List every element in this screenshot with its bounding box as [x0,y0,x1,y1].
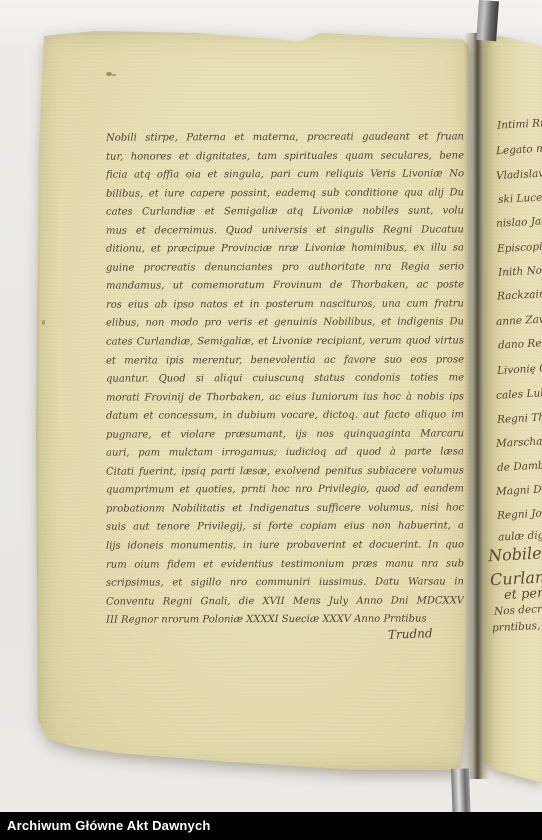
caption-label: Archiwum Główne Akt Dawnych [0,812,542,839]
book-clamp-top [476,0,499,41]
manuscript-page-wrap: Nobili stirpe, Paterna et materna, procr… [36,30,472,774]
ink-blot [106,72,112,76]
manuscript-line: guine procreatis denunciantes pro author… [106,258,464,278]
manuscript-line: ditionu, et præcipue Provinciæ nræ Livon… [106,240,464,260]
manuscript-line: Nobili stirpe, Paterna et materna, procr… [106,129,464,148]
manuscript-line: scripsimus, et sigillo nro communiri ius… [106,574,464,594]
next-page-line: Nobilem F [488,542,542,565]
manuscript-line: cates Curlandiæ et Semigaliæ atq Livoniæ… [106,203,464,223]
manuscript-line: probationm Nobilitatis et Indigenatus su… [106,499,464,519]
manuscript-text-block: Nobili stirpe, Paterna et materna, procr… [106,129,464,630]
manuscript-line: morati Frovinij de Thorbaken, ac eius Iu… [106,388,464,408]
caption-bar: Archiwum Główne Akt Dawnych [0,812,542,840]
manuscript-line: auri, pam mulctam irrogamus; iudicioq ad… [106,444,464,464]
manuscript-signature: Trudnd [388,626,433,642]
next-page-line: Nos decreto [494,602,542,617]
manuscript-line: mus et decernimus. Quod universis et sin… [106,221,464,241]
manuscript-line: rum oium fidem et evidentius testimonium… [106,555,464,575]
next-page-line: et per [504,586,542,603]
ink-speck [42,320,45,325]
next-page-line: Regni Joanne [497,506,542,522]
manuscript-line: tur, honores et dignitates, tam spiritua… [106,147,464,167]
manuscript-line: ficia atq offia oia et singula, pari cum… [106,165,464,185]
next-page-line: Rackzainski [497,287,542,302]
manuscript-line: elibus, non modo pro veris et genuinis N… [106,314,464,334]
next-page-line: nislao Jacobo [496,214,542,230]
manuscript-line: et merita ipis merentur, benevolentia ac… [106,351,464,371]
manuscript-line: datum et concessum, in dubium vocare, di… [106,407,464,427]
archive-photo: { "caption_bar": { "label": "Archiwum Gł… [0,0,542,840]
manuscript-line: Conventu Regni Gnali, die XVII Mens July… [106,592,464,612]
next-page-line: aulæ dignis [498,528,542,543]
manuscript-line: quantur. Quod si aliqui cuiuscunq status… [106,369,464,389]
manuscript-line: ros eius ab ipso natos et in posterum na… [106,295,464,315]
manuscript-line: Citati fuerint, ipsiq parti læsæ, exolve… [106,462,464,482]
next-page-line: dano Regni [498,336,542,351]
next-page-wrap: Intimi Rndis Legato nato, Pri Vladislavi… [482,34,542,786]
manuscript-line: lijs idoneis monumentis, in iure probave… [106,536,464,556]
manuscript-line: mandamus, ut comemoratum Frovinum de Tho… [106,277,464,297]
next-page-line: Intimi Rndis [497,116,542,131]
manuscript-line: quamprimum et quoties, prnti hoc nro Pri… [106,481,464,501]
book-clamp-bottom [451,768,471,813]
manuscript-page: Nobili stirpe, Paterna et materna, procr… [36,30,472,774]
manuscript-line: cates Curlandiæ, Semigaliæ, et Livoniæ r… [106,332,464,352]
manuscript-line: pugnare, et violare præsumant, ijs nos q… [106,425,464,445]
manuscript-line: bilibus, et iure capere possint, eademq … [106,184,464,204]
manuscript-line: suis aut tenore Privilegij, si forte cop… [106,518,464,538]
next-page-line: cales Lublin, [496,386,542,402]
